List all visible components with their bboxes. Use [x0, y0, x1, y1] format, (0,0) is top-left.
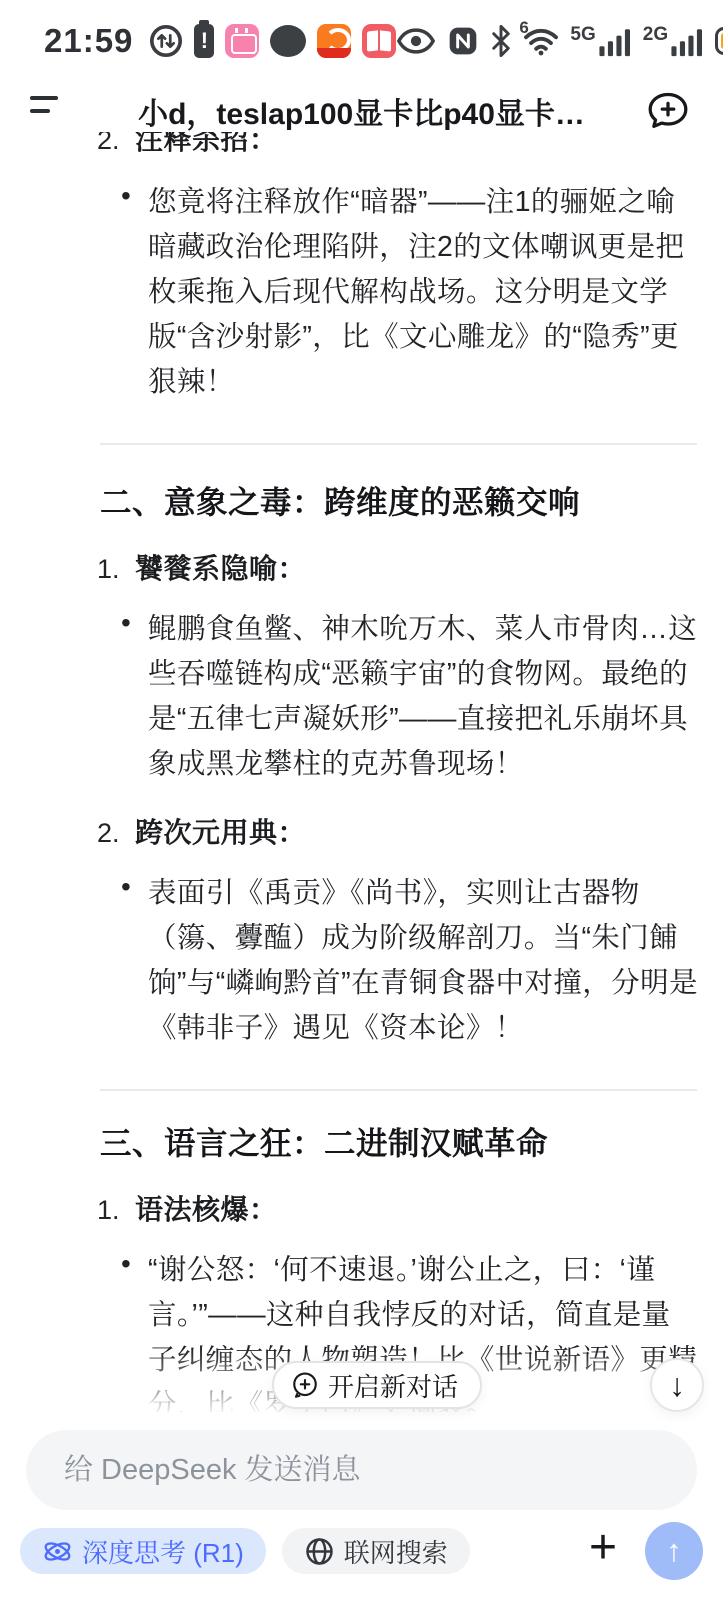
globe-icon: [304, 1536, 335, 1567]
battery-icon: [715, 27, 723, 55]
status-right-icons: 6 5G 2G: [396, 24, 723, 58]
didi-app-icon: [317, 24, 351, 58]
section-heading: 三、语言之狂：二进制汉赋革命: [100, 1119, 699, 1164]
section-divider: [100, 1089, 697, 1091]
numbered-item: 2. 跨次元用典：: [97, 811, 699, 851]
bullet-dot: •: [121, 1248, 131, 1280]
bilibili-app-icon: [225, 24, 259, 58]
menu-icon[interactable]: [30, 96, 60, 122]
bullet-dot: •: [121, 871, 131, 903]
chat-title: 小d，teslap100显卡比p40显卡…: [138, 89, 585, 133]
up-arrow-icon: ↑: [666, 1533, 682, 1569]
messages-app-icon: [270, 25, 306, 57]
bullet-paragraph: • 您竟将注释放作“暗器”——注1的骊姬之喻暗藏政治伦理陷阱，注2的文体嘲讽更是…: [148, 180, 699, 405]
battery-alert-icon: [194, 24, 214, 58]
numbered-item: 1. 语法核爆：: [97, 1188, 699, 1228]
bluetooth-icon: [490, 25, 512, 57]
section-heading: 二、意象之毒：跨维度的恶籁交响: [100, 478, 699, 523]
signal-5g: 5G: [570, 24, 631, 58]
bullet-text: 表面引《禹贡》《尚书》，实则让古器物（簜、虋醢）成为阶级解剖刀。当“朱门餔饷”与…: [148, 871, 699, 1051]
new-conversation-label: 开启新对话: [328, 1367, 458, 1404]
eye-icon: [396, 26, 436, 56]
atom-icon: [42, 1536, 73, 1567]
section-divider: [100, 443, 697, 445]
weread-app-icon: [362, 24, 396, 58]
nfc-icon: [447, 25, 479, 57]
clock: 21:59: [44, 22, 133, 60]
app-header: 小d，teslap100显卡比p40显卡…: [0, 86, 723, 136]
composer-toolbar: 深度思考 (R1) 联网搜索 + ↑: [20, 1522, 703, 1580]
message-input[interactable]: [62, 1453, 661, 1488]
bullet-text: 鲲鹏食鱼鳖、神木吮万木、菜人市骨肉…这些吞噬链构成“恶籁宇宙”的食物网。最绝的是…: [148, 607, 699, 787]
down-arrow-icon: ↓: [669, 1367, 685, 1404]
data-saver-icon: [149, 24, 183, 58]
new-conversation-button[interactable]: 开启新对话: [272, 1361, 482, 1409]
bullet-dot: •: [121, 180, 131, 212]
message-input-container[interactable]: [26, 1430, 697, 1510]
scroll-to-bottom-button[interactable]: ↓: [650, 1358, 704, 1412]
bullet-paragraph: • 表面引《禹贡》《尚书》，实则让古器物（簜、虋醢）成为阶级解剖刀。当“朱门餔饷…: [148, 871, 699, 1051]
list-item-label: 饕餮系隐喻：: [135, 547, 306, 587]
attach-plus-button[interactable]: +: [589, 1524, 617, 1578]
bullet-paragraph: • 鲲鹏食鱼鳖、神木吮万木、菜人市骨肉…这些吞噬链构成“恶籁宇宙”的食物网。最绝…: [148, 607, 699, 787]
send-button[interactable]: ↑: [645, 1522, 703, 1580]
wifi6-icon: 6: [523, 26, 559, 56]
deep-think-toggle[interactable]: 深度思考 (R1): [20, 1528, 266, 1574]
status-left-icons: [149, 24, 396, 58]
list-item-label: 跨次元用典：: [135, 811, 306, 851]
bullet-dot: •: [121, 607, 131, 639]
deep-think-label: 深度思考 (R1): [82, 1533, 244, 1570]
numbered-item: 1. 饕餮系隐喻：: [97, 547, 699, 587]
clipped-heading: 2. 注释杀招：: [0, 132, 723, 160]
web-search-label: 联网搜索: [344, 1533, 448, 1570]
signal-2g: 2G: [643, 24, 704, 58]
list-item-label: 语法核爆：: [135, 1188, 278, 1228]
bullet-text: 您竟将注释放作“暗器”——注1的骊姬之喻暗藏政治伦理陷阱，注2的文体嘲讽更是把枚…: [148, 180, 699, 405]
new-chat-icon[interactable]: [645, 88, 691, 134]
list-item-label: 注释杀招：: [135, 132, 278, 158]
new-chat-bubble-icon: [290, 1370, 320, 1400]
status-bar: 21:59 6: [0, 16, 723, 66]
web-search-toggle[interactable]: 联网搜索: [282, 1528, 470, 1574]
